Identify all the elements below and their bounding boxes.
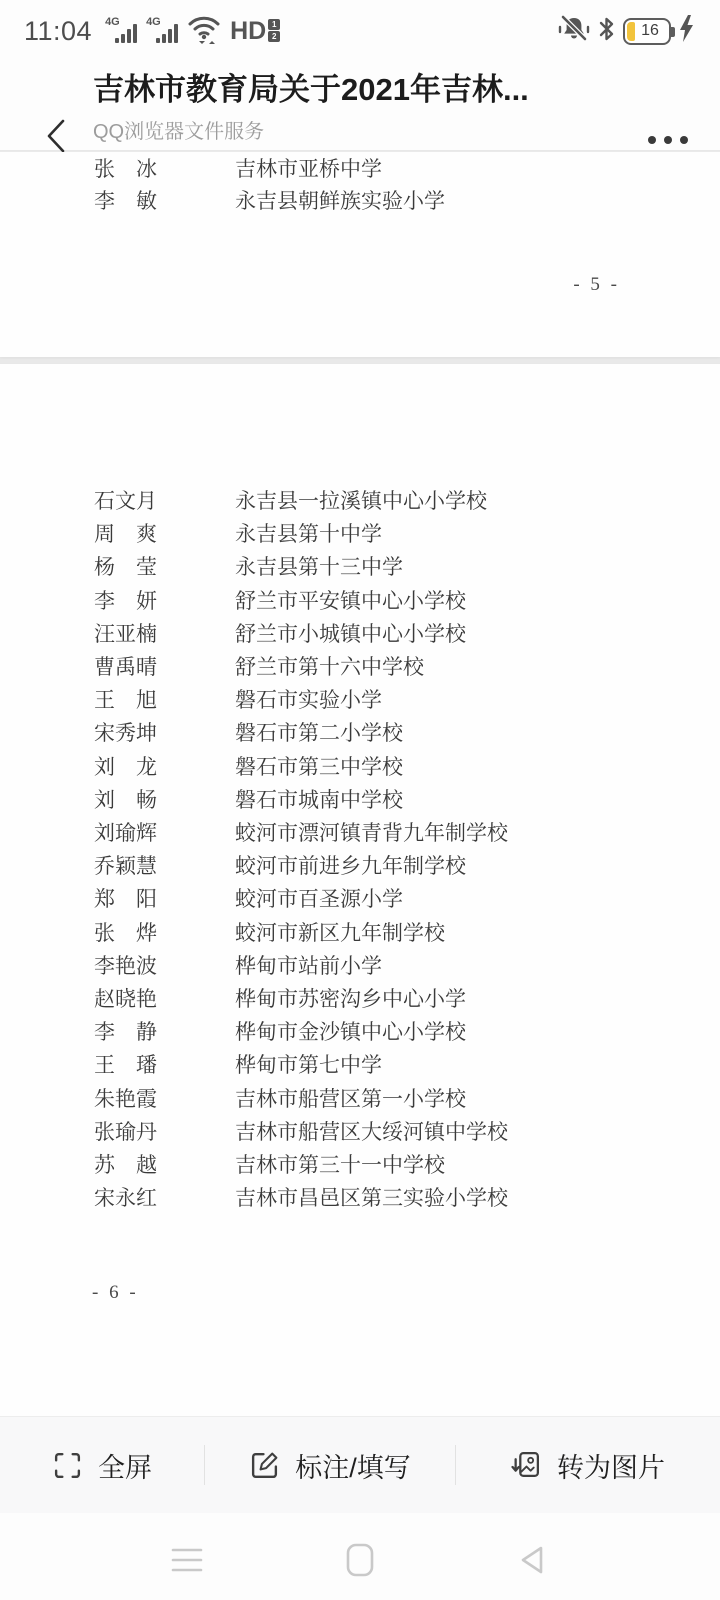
home-icon — [345, 1543, 375, 1577]
battery-level: 16 — [641, 22, 659, 40]
back-nav-button[interactable] — [503, 1537, 559, 1583]
teacher-name: 张 烨 — [94, 917, 235, 950]
ellipsis-dot — [664, 136, 672, 144]
table-row: 刘 龙 磐石市第三中学校 — [0, 751, 720, 784]
school-name: 吉林市船营区大绥河镇中学校 — [235, 1116, 720, 1149]
school-name: 吉林市昌邑区第三实验小学校 — [235, 1182, 720, 1215]
annotate-label: 标注/填写 — [295, 1446, 411, 1485]
hd-sim-badge: 1 2 — [268, 19, 280, 42]
table-row: 石文月 永吉县一拉溪镇中心小学校 — [0, 485, 720, 518]
teacher-name: 刘瑜辉 — [94, 817, 235, 850]
home-button[interactable] — [332, 1537, 388, 1583]
table-row: 张瑜丹 吉林市船营区大绥河镇中学校 — [0, 1116, 720, 1149]
table-row: 李 静 桦甸市金沙镇中心小学校 — [0, 1016, 720, 1049]
table-row: 宋秀坤 磐石市第二小学校 — [0, 717, 720, 750]
fullscreen-button[interactable]: 全屏 — [0, 1417, 204, 1513]
system-nav-bar — [0, 1513, 720, 1600]
teacher-name: 宋秀坤 — [94, 717, 235, 750]
school-name: 舒兰市小城镇中心小学校 — [235, 618, 720, 651]
table-row: 刘 畅 磐石市城南中学校 — [0, 784, 720, 817]
page-title: 吉林市教育局关于2021年吉林... — [93, 64, 613, 109]
table-row: 苏 越 吉林市第三十一中学校 — [0, 1149, 720, 1182]
fullscreen-icon — [52, 1450, 83, 1481]
school-name: 吉林市亚桥中学 — [235, 153, 720, 185]
battery-indicator: 16 — [623, 18, 671, 45]
back-triangle-icon — [517, 1545, 545, 1575]
school-name: 磐石市第二小学校 — [235, 717, 720, 750]
teacher-name: 刘 畅 — [94, 784, 235, 817]
status-bar: 11:04 4G 4G — [0, 0, 720, 56]
school-name: 吉林市船营区第一小学校 — [235, 1083, 720, 1116]
mute-icon — [558, 14, 590, 49]
school-name: 永吉县朝鲜族实验小学 — [235, 185, 720, 217]
table-row: 刘瑜辉 蛟河市漂河镇青背九年制学校 — [0, 817, 720, 850]
sim1-signal-icon: 4G — [105, 16, 137, 46]
teacher-name: 乔颖慧 — [94, 850, 235, 883]
table-row: 张 烨 蛟河市新区九年制学校 — [0, 917, 720, 950]
wifi-icon — [187, 14, 221, 49]
school-name: 永吉县第十三中学 — [235, 551, 720, 584]
bluetooth-icon — [598, 15, 615, 48]
school-name: 蛟河市百圣源小学 — [235, 883, 720, 916]
teacher-name: 王 璠 — [94, 1049, 235, 1082]
hd-volte-icon: HD 1 2 — [230, 17, 280, 45]
school-name: 桦甸市苏密沟乡中心小学 — [235, 983, 720, 1016]
teacher-name: 杨 莹 — [94, 551, 235, 584]
teacher-name: 张瑜丹 — [94, 1116, 235, 1149]
teacher-name: 李 敏 — [94, 185, 235, 217]
school-name: 磐石市城南中学校 — [235, 784, 720, 817]
school-name: 磐石市第三中学校 — [235, 751, 720, 784]
convert-to-image-button[interactable]: 转为图片 — [456, 1417, 720, 1513]
table-row: 乔颖慧 蛟河市前进乡九年制学校 — [0, 850, 720, 883]
document-toolbar: 全屏 标注/填写 转为图片 — [0, 1416, 720, 1513]
chevron-left-icon — [41, 117, 71, 155]
table-row: 曹禹晴 舒兰市第十六中学校 — [0, 651, 720, 684]
recents-button[interactable] — [159, 1537, 215, 1583]
school-name: 桦甸市第七中学 — [235, 1049, 720, 1082]
fullscreen-label: 全屏 — [98, 1446, 152, 1485]
table-row: 赵晓艳 桦甸市苏密沟乡中心小学 — [0, 983, 720, 1016]
page-subtitle: QQ浏览器文件服务 — [93, 115, 613, 144]
sim2-signal-icon: 4G — [146, 16, 178, 46]
clock-text: 11:04 — [24, 16, 92, 47]
teacher-name: 宋永红 — [94, 1182, 235, 1215]
table-row: 李 敏 永吉县朝鲜族实验小学 — [0, 185, 720, 217]
image-convert-icon — [511, 1450, 542, 1481]
page-number: - 6 - — [92, 1282, 139, 1304]
teacher-name: 李 静 — [94, 1016, 235, 1049]
table-row: 李 妍 舒兰市平安镇中心小学校 — [0, 585, 720, 618]
ellipsis-dot — [648, 136, 656, 144]
school-name: 舒兰市平安镇中心小学校 — [235, 585, 720, 618]
table-row: 杨 莹 永吉县第十三中学 — [0, 551, 720, 584]
school-name: 永吉县一拉溪镇中心小学校 — [235, 485, 720, 518]
table-row: 宋永红 吉林市昌邑区第三实验小学校 — [0, 1182, 720, 1215]
teacher-name: 李 妍 — [94, 585, 235, 618]
school-name: 蛟河市前进乡九年制学校 — [235, 850, 720, 883]
table-row: 周 爽 永吉县第十中学 — [0, 518, 720, 551]
annotate-button[interactable]: 标注/填写 — [205, 1417, 455, 1513]
teacher-name: 张 冰 — [94, 153, 235, 185]
page-number: - 5 - — [573, 274, 620, 296]
menu-icon — [171, 1545, 203, 1575]
school-name: 磐石市实验小学 — [235, 684, 720, 717]
teacher-name: 郑 阳 — [94, 883, 235, 916]
table-row: 朱艳霞 吉林市船营区第一小学校 — [0, 1083, 720, 1116]
table-row: 郑 阳 蛟河市百圣源小学 — [0, 883, 720, 916]
table-row: 汪亚楠 舒兰市小城镇中心小学校 — [0, 618, 720, 651]
document-page-5: 张 冰 吉林市亚桥中学 李 敏 永吉县朝鲜族实验小学 - 5 - — [0, 152, 720, 357]
edit-icon — [249, 1450, 280, 1481]
school-name: 桦甸市站前小学 — [235, 950, 720, 983]
document-viewport[interactable]: 张 冰 吉林市亚桥中学 李 敏 永吉县朝鲜族实验小学 - 5 - 石文月 永吉县… — [0, 152, 720, 1416]
teacher-name: 苏 越 — [94, 1149, 235, 1182]
school-name: 舒兰市第十六中学校 — [235, 651, 720, 684]
screen: 11:04 4G 4G — [0, 0, 720, 1600]
document-page-6: 石文月 永吉县一拉溪镇中心小学校 周 爽 永吉县第十中学 杨 莹 永吉县第十三中… — [0, 364, 720, 1416]
teacher-name: 刘 龙 — [94, 751, 235, 784]
teacher-name: 王 旭 — [94, 684, 235, 717]
school-name: 吉林市第三十一中学校 — [235, 1149, 720, 1182]
school-name: 永吉县第十中学 — [235, 518, 720, 551]
charging-icon — [679, 15, 694, 47]
teacher-name: 赵晓艳 — [94, 983, 235, 1016]
table-row: 张 冰 吉林市亚桥中学 — [0, 153, 720, 185]
ellipsis-dot — [680, 136, 688, 144]
app-header: 吉林市教育局关于2021年吉林... QQ浏览器文件服务 — [0, 56, 720, 151]
convert-label: 转为图片 — [557, 1446, 665, 1485]
table-row: 王 璠 桦甸市第七中学 — [0, 1049, 720, 1082]
teacher-name: 汪亚楠 — [94, 618, 235, 651]
overflow-menu-button[interactable] — [644, 126, 692, 154]
teacher-name: 石文月 — [94, 485, 235, 518]
teacher-name: 曹禹晴 — [94, 651, 235, 684]
school-name: 蛟河市漂河镇青背九年制学校 — [235, 817, 720, 850]
table-row: 王 旭 磐石市实验小学 — [0, 684, 720, 717]
battery-fill — [627, 22, 635, 41]
school-name: 蛟河市新区九年制学校 — [235, 917, 720, 950]
teacher-name: 李艳波 — [94, 950, 235, 983]
teacher-name: 周 爽 — [94, 518, 235, 551]
table-row: 李艳波 桦甸市站前小学 — [0, 950, 720, 983]
school-name: 桦甸市金沙镇中心小学校 — [235, 1016, 720, 1049]
teacher-name: 朱艳霞 — [94, 1083, 235, 1116]
